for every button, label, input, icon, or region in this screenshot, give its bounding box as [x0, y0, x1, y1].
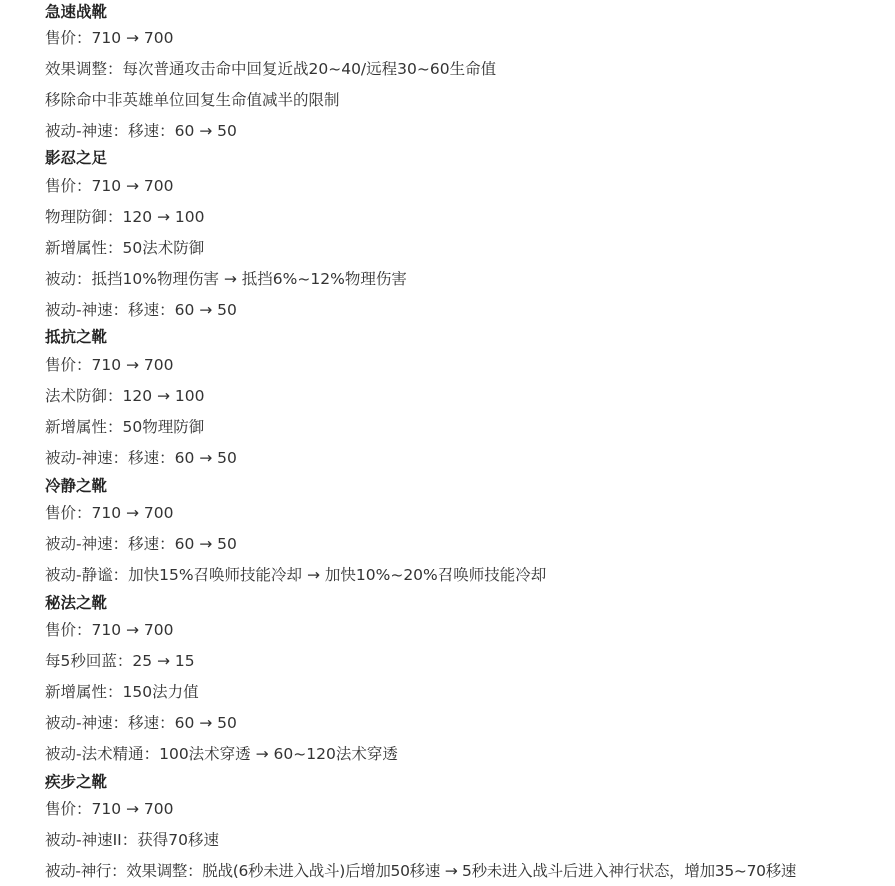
- item-title: 影忍之足: [45, 148, 107, 168]
- item-line: 新增属性：50物理防御: [45, 417, 204, 437]
- item-line: 售价：710 → 700: [45, 620, 174, 640]
- item-line: 新增属性：50法术防御: [45, 238, 204, 258]
- item-line: 移除命中非英雄单位回复生命值减半的限制: [45, 90, 340, 110]
- item-line: 每5秒回蓝：25 → 15: [45, 651, 195, 671]
- item-line: 被动-神速：移速：60 → 50: [45, 448, 237, 468]
- item-line: 售价：710 → 700: [45, 355, 174, 375]
- item-line: 售价：710 → 700: [45, 176, 174, 196]
- item-line: 被动-神速：移速：60 → 50: [45, 121, 237, 141]
- item-line: 被动-静谧：加快15%召唤师技能冷却 → 加快10%~20%召唤师技能冷却: [45, 565, 546, 585]
- item-line: 售价：710 → 700: [45, 28, 174, 48]
- item-line: 被动-法术精通：100法术穿透 → 60~120法术穿透: [45, 744, 398, 764]
- item-line: 被动-神速II：获得70移速: [45, 830, 219, 850]
- item-line: 被动-神速：移速：60 → 50: [45, 534, 237, 554]
- item-line: 新增属性：150法力值: [45, 682, 199, 702]
- item-line: 法术防御：120 → 100: [45, 386, 205, 406]
- item-line: 售价：710 → 700: [45, 503, 174, 523]
- item-title: 冷静之靴: [45, 476, 107, 496]
- item-title: 急速战靴: [45, 2, 107, 22]
- item-title: 疾步之靴: [45, 772, 107, 792]
- item-title: 抵抗之靴: [45, 327, 107, 347]
- item-line: 物理防御：120 → 100: [45, 207, 205, 227]
- item-line: 被动-神速：移速：60 → 50: [45, 300, 237, 320]
- item-title: 秘法之靴: [45, 593, 107, 613]
- item-line: 被动-神速：移速：60 → 50: [45, 713, 237, 733]
- item-line: 被动：抵挡10%物理伤害 → 抵挡6%~12%物理伤害: [45, 269, 407, 289]
- item-line: 售价：710 → 700: [45, 799, 174, 819]
- item-line: 被动-神行：效果调整：脱战(6秒未进入战斗)后增加50移速 → 5秒未进入战斗后…: [45, 861, 796, 881]
- item-line: 效果调整：每次普通攻击命中回复近战20~40/远程30~60生命值: [45, 59, 496, 79]
